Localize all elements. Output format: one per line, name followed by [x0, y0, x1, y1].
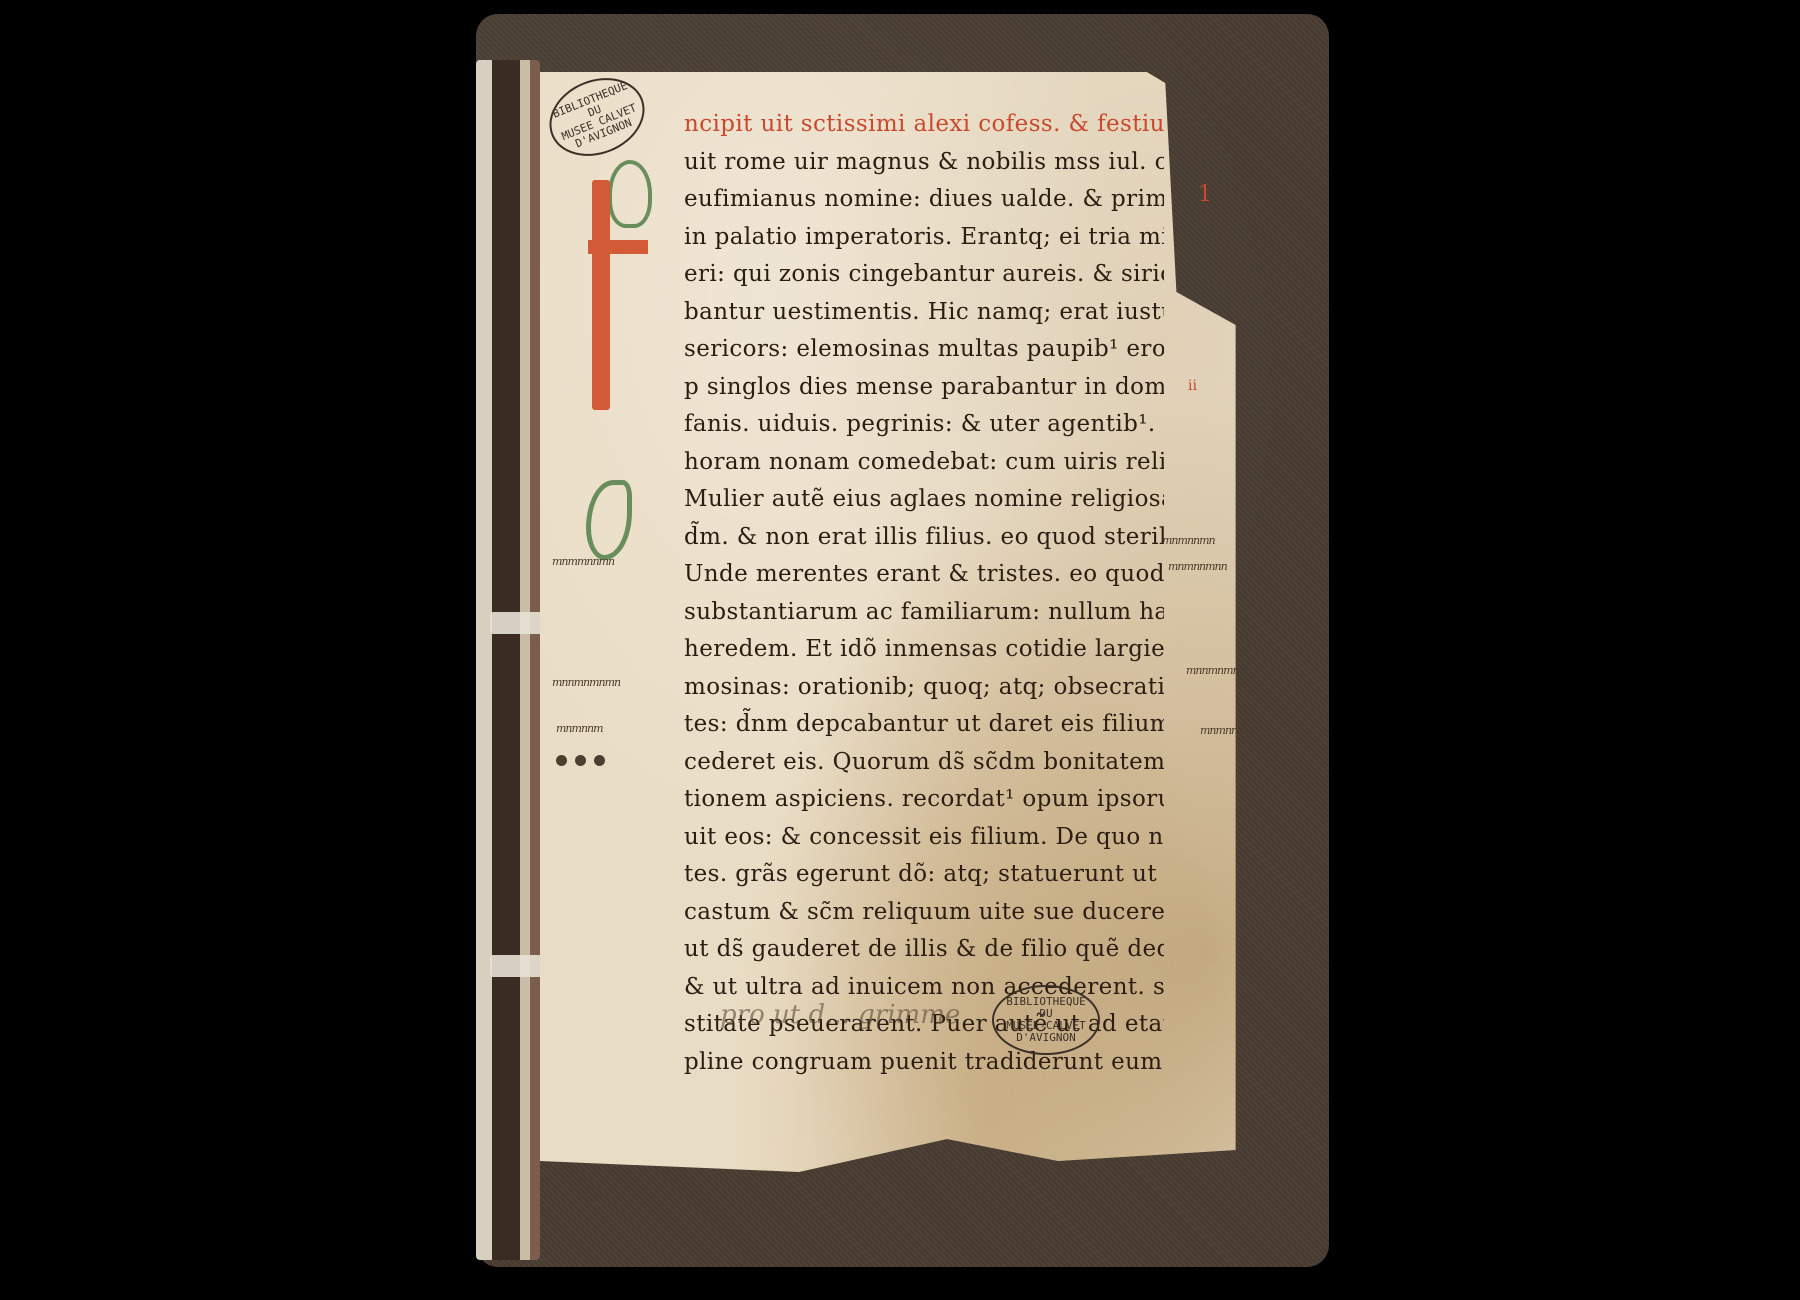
text-line: eufimianus nomine: diues ualde. & prim¹: [684, 181, 1164, 219]
text-line: tes: d̃nm depcabantur ut daret eis filiu…: [684, 706, 1164, 744]
margin-note: mnmnnm: [556, 722, 603, 735]
margin-note: mnmnnm: [1200, 724, 1247, 737]
ink-dot: [556, 755, 567, 766]
margin-note: mnnmnmnmn: [552, 676, 620, 689]
text-line: uit eos: & concessit eis filium. De quo …: [684, 819, 1164, 857]
initial-green-knot: [608, 160, 652, 228]
margin-mark: ii: [1188, 378, 1197, 394]
illuminated-initial-V: [590, 160, 640, 450]
margin-note: mnnmnmn: [1186, 664, 1239, 677]
text-line: horam nonam comedebat: cum uiris religio…: [684, 444, 1164, 482]
text-line: p singlos dies mense parabantur in domo …: [684, 369, 1164, 407]
ink-dots: [556, 755, 605, 766]
ink-dot: [594, 755, 605, 766]
library-stamp-bottom: BIBLIOTHEQUE DU MUSEE-CALVET D'AVIGNON: [992, 985, 1100, 1055]
text-line: substantiarum ac familiarum: nullum habe…: [684, 594, 1164, 632]
stamp-line: D'AVIGNON: [994, 1032, 1098, 1044]
text-line: uit rome uir magnus & nobilis mss iul. c…: [684, 144, 1164, 182]
text-line: ut ds̃ gauderet de illis & de filio quẽ…: [684, 931, 1164, 969]
text-line: pline congruam puenit tradiderunt eum: [684, 1044, 1164, 1082]
text-line: bantur uestimentis. Hic namq; erat iustu…: [684, 294, 1164, 332]
ink-dot: [575, 755, 586, 766]
text-line: sericors: elemosinas multas paupib¹ erog…: [684, 331, 1164, 369]
pen-trial-scribble: pro ut d... grimme: [720, 1000, 960, 1030]
text-line: heredem. Et idõ inmensas cotidie largie…: [684, 631, 1164, 669]
text-line: tionem aspiciens. recordat¹ opum ipsorum…: [684, 781, 1164, 819]
text-line: eri: qui zonis cingebantur aureis. & sir…: [684, 256, 1164, 294]
text-line: cederet eis. Quorum ds̃ sc̃dm bonitatem …: [684, 744, 1164, 782]
text-line: mosinas: orationib; quoq; atq; obsecrati…: [684, 669, 1164, 707]
text-line-rubric: ncipit uit sctissimi alexi cofess. & fes…: [684, 106, 1164, 144]
binding-spine: [476, 60, 540, 1260]
initial-red-stem: [592, 180, 610, 410]
text-line: castum & sc̃m reliquum uite sue ducerent…: [684, 894, 1164, 932]
folio-number: 1: [1198, 182, 1212, 207]
text-line: d̃m. & non erat illis filius. eo quod st…: [684, 519, 1164, 557]
binding-tie: [490, 955, 542, 977]
margin-note: mnmnnmn: [1162, 534, 1215, 547]
text-line: fanis. uiduis. pegrinis: & uter agentib¹…: [684, 406, 1164, 444]
text-line: tes. grãs egerunt dõ: atq; statuerunt …: [684, 856, 1164, 894]
text-line: Mulier autẽ eius aglaes nomine religios…: [684, 481, 1164, 519]
margin-note: mnmmnnmn: [552, 555, 614, 568]
text-line: Unde merentes erant & tristes. eo quod t…: [684, 556, 1164, 594]
binding-tie: [490, 612, 542, 634]
manuscript-text-block: ncipit uit sctissimi alexi cofess. & fes…: [684, 106, 1164, 1081]
margin-note: mnmnnmnn: [1168, 560, 1227, 573]
text-line: in palatio imperatoris. Erantq; ei tria …: [684, 219, 1164, 257]
